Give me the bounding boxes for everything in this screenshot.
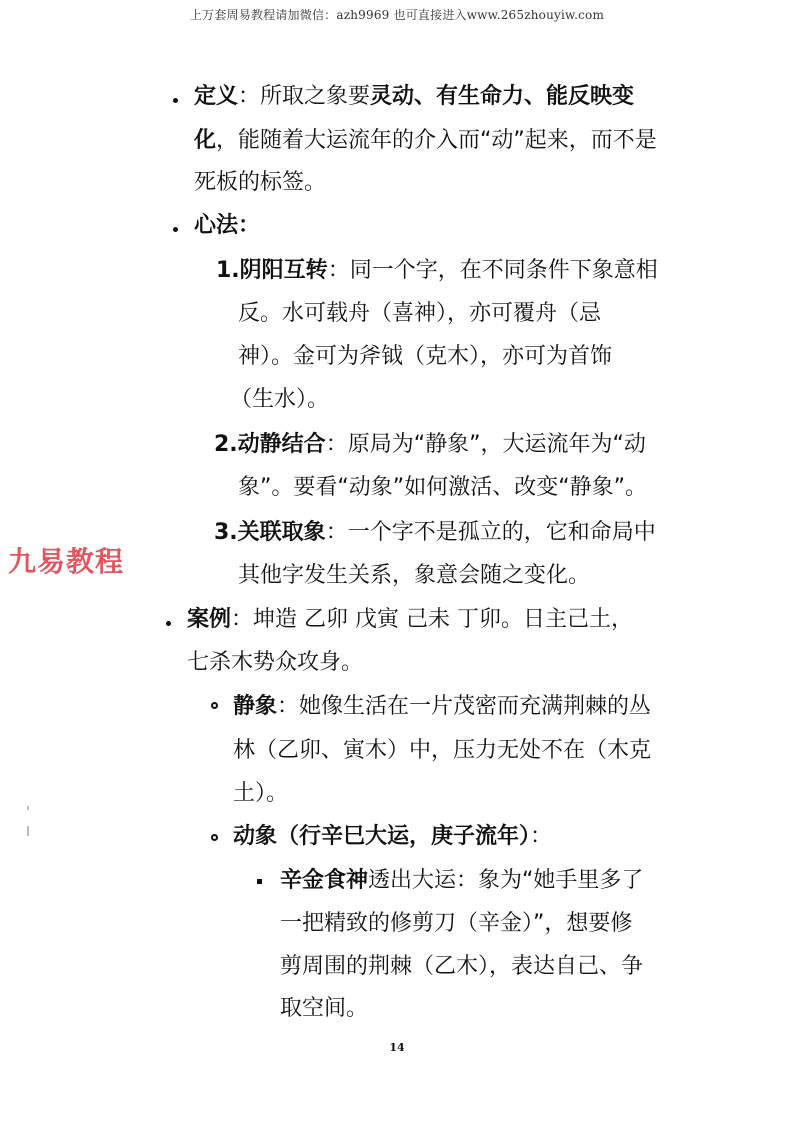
header-watermark: 上万套周易教程请加微信：azh9969 也可直接进入www.265zhouyiw… (0, 6, 794, 23)
static-image-line: 土）。 (233, 779, 288, 809)
scan-artifact (27, 806, 29, 810)
static-image-label: 静象 (233, 694, 277, 719)
dynamic-sub-line: 一把精致的修剪刀（辛金）”，想要修 (280, 909, 632, 939)
case-line-2: 七杀木势众攻身。 (187, 648, 363, 678)
side-watermark-logo: 九易教程 (8, 540, 124, 580)
dynamic-image-label: 动象（行辛巳大运，庚子流年） (233, 824, 530, 849)
method-item-title: 动静结合 (238, 432, 326, 457)
dynamic-sub-line: 取空间。 (280, 994, 368, 1024)
case-line-1: 案例：坤造 乙卯 戊寅 己未 丁卯。日主己土， (187, 605, 633, 635)
dynamic-sub-line: 剪周围的荆棘（乙木），表达自己、争 (280, 952, 643, 982)
dynamic-sub-line-1: 辛金食神透出大运：象为“她手里多了 (280, 866, 643, 896)
static-image-line-1: 静象：她像生活在一片茂密而充满荆棘的丛 (233, 692, 651, 722)
circle-bullet-icon (211, 834, 218, 841)
definition-line-1: 定义：所取之象要灵动、有生命力、能反映变 (194, 82, 634, 112)
bullet-icon (173, 227, 178, 232)
method-item-3-line: 其他字发生关系，象意会随之变化。 (238, 561, 590, 591)
method-item-1-line: 神）。金可为斧钺（克木），亦可为首饰 (238, 342, 612, 372)
method-item-2-line: 象”。要看“动象”如何激活、改变“静象”。 (238, 473, 647, 503)
square-bullet-icon (257, 879, 262, 884)
circle-bullet-icon (211, 702, 218, 709)
method-item-2: 2.动静结合：原局为“静象”，大运流年为“动 (214, 430, 646, 460)
definition-label: 定义 (194, 84, 238, 109)
method-label: 心法： (194, 211, 260, 241)
bullet-icon (173, 98, 178, 103)
definition-line-3: 死板的标签。 (194, 168, 326, 198)
static-image-line: 林（乙卯、寅木）中，压力无处不在（木克 (233, 736, 651, 766)
case-label: 案例 (187, 607, 231, 632)
method-item-3: 3.关联取象：一个字不是孤立的，它和命局中 (214, 518, 656, 548)
method-item-1: 1.阴阳互转：同一个字，在不同条件下象意相 (216, 256, 658, 286)
method-item-title: 关联取象 (238, 520, 326, 545)
dynamic-image-heading: 动象（行辛巳大运，庚子流年）： (233, 822, 552, 852)
method-item-1-line: （生水）。 (230, 385, 329, 415)
definition-line-2: 化，能随着大运流年的介入而“动”起来，而不是 (194, 126, 657, 156)
method-item-1-line: 反。水可载舟（喜神），亦可覆舟（忌 (238, 299, 601, 329)
method-item-title: 阴阳互转 (240, 258, 328, 283)
scan-artifact (27, 826, 29, 836)
bullet-icon (166, 621, 171, 626)
page-number: 14 (0, 1041, 794, 1054)
